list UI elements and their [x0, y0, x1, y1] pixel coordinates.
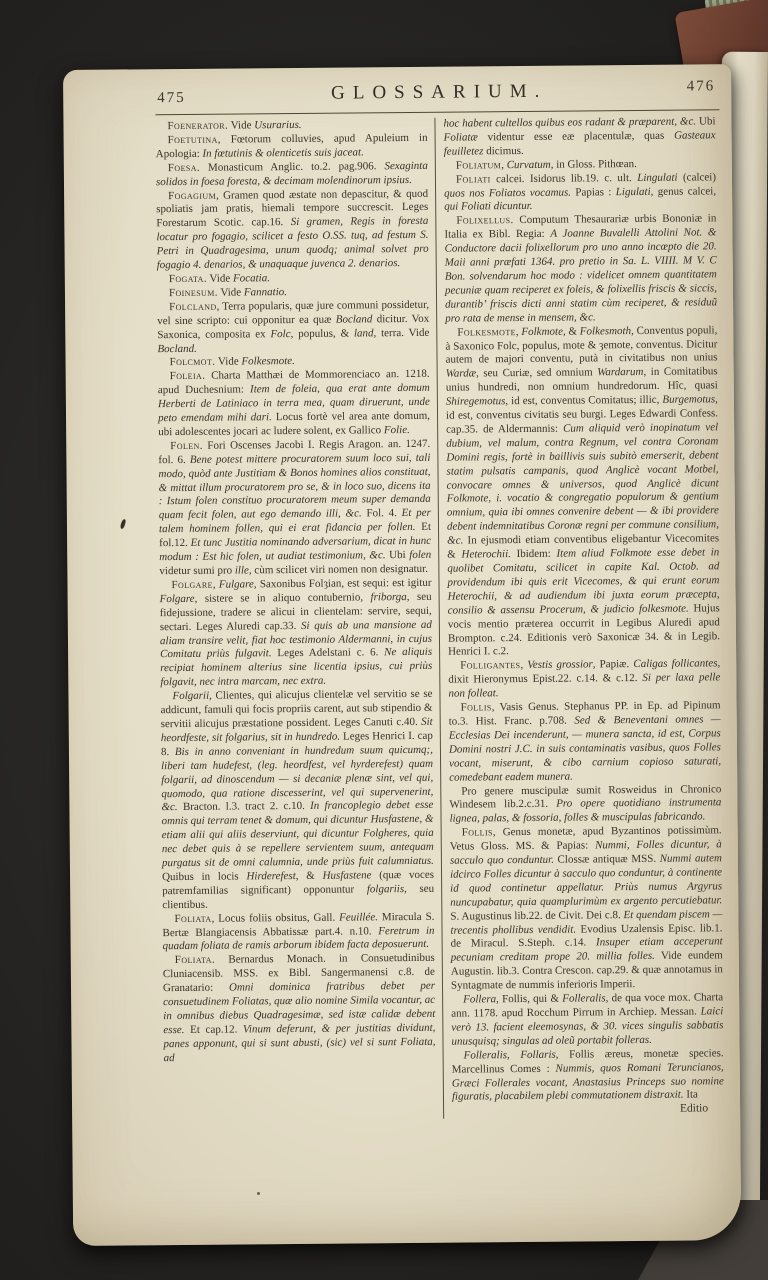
text-segment: folgariis — [367, 883, 404, 895]
page-number-right: 476 — [687, 78, 716, 95]
text-segment: videntur esse eæ placentulæ, quas — [478, 130, 674, 144]
entry-paragraph: Follera, Follis, qui & Folleralis, de qu… — [451, 991, 723, 1049]
text-segment: , genus calcei, — [651, 185, 717, 198]
page-header: 475 GLOSSARIUM. 476 — [155, 78, 723, 113]
text-columns: Foenerator. Vide Usurarius.Foetutina, Fœ… — [155, 115, 732, 1121]
text-segment: calcei. Isidorus lib.19. c. ult. — [491, 172, 638, 185]
text-segment: Foleia. — [170, 370, 206, 382]
page-content: 475 GLOSSARIUM. 476 Foenerator. Vide Usu… — [63, 64, 741, 1246]
text-segment: Folleralis, Follaris — [464, 1048, 556, 1061]
text-segment: Folen. — [170, 440, 203, 452]
text-segment: Clossæ antiquæ MSS. — [554, 853, 660, 866]
text-segment: qui Foliati dicuntur. — [444, 200, 532, 213]
text-segment: Leges Adelstani c. 6. — [272, 647, 385, 660]
text-segment: Folcland — [169, 300, 217, 312]
text-segment: , in Gloss. Pithœan. — [551, 158, 637, 171]
entry-paragraph: Follis, Vasis Genus. Stephanus PP. in Ep… — [449, 699, 722, 785]
text-segment: Vide — [218, 286, 244, 298]
text-segment: Vestis grossior — [527, 659, 593, 672]
text-segment: Quibus in locis — [162, 870, 247, 883]
text-segment: Focatia. — [233, 272, 270, 284]
text-segment: Follis — [462, 826, 493, 838]
entry-paragraph: Folleralis, Follaris, Follis æreus, mone… — [452, 1047, 724, 1105]
text-segment: S. Augustinus lib.22. de Civit. Dei c.8. — [450, 909, 623, 923]
text-segment: Et cap.12. — [184, 1023, 243, 1036]
text-segment: , & — [563, 325, 580, 337]
text-segment: Bracton. l.3. tract 2. c.10. — [178, 800, 311, 813]
page-number-left: 475 — [157, 90, 186, 107]
text-segment: Papias : — [571, 186, 616, 198]
entry-paragraph: Foleia. Charta Matthæi de Mommorenciaco … — [158, 368, 431, 440]
text-segment: Folcmot. — [170, 356, 216, 368]
text-segment: Lingulati — [637, 171, 677, 183]
text-segment: Ligulati — [616, 185, 651, 197]
entry-paragraph: hoc habent cultellos quibus eos radant &… — [443, 115, 715, 159]
text-segment: Folkmote — [521, 325, 563, 337]
text-segment: Usurarius. — [254, 119, 301, 131]
text-segment: Foliata — [174, 912, 211, 924]
text-segment: Folc — [270, 328, 290, 340]
text-segment: Folkesmoth — [580, 325, 631, 337]
entry-paragraph: Folgare, Fulgare, Saxonibus Folȝian, est… — [159, 577, 432, 691]
text-segment: Monasticum Anglic. to.2. pag.906. — [200, 160, 385, 174]
entry-paragraph: Foliata, Locus foliis obsitus, Gall. Feu… — [162, 910, 434, 954]
text-segment: Ibidem: — [511, 548, 557, 560]
text-segment: Cum aliquid verò inopinatum vel dubium, … — [446, 421, 719, 547]
text-segment: Folkesmote. — [241, 355, 295, 367]
entry-paragraph: Foliati calcei. Isidorus lib.19. c. ult.… — [444, 171, 716, 215]
entry-paragraph: Foesa. Monasticum Anglic. to.2. pag.906.… — [156, 160, 428, 190]
text-segment: videtur sumi pro — [159, 565, 235, 578]
text-segment: Bocland. — [157, 342, 197, 354]
text-segment: , seu Curiæ, sed omnium — [476, 367, 597, 380]
text-segment: Follis — [461, 701, 492, 713]
book-page: 475 GLOSSARIUM. 476 Foenerator. Vide Usu… — [63, 64, 741, 1246]
text-column-right: hoc habent cultellos quibus eos radant &… — [435, 115, 724, 1119]
entry-paragraph: Fogagium, Gramen quod æstate non depasci… — [156, 187, 429, 273]
text-segment: ille — [235, 564, 249, 576]
entry-paragraph: Pro genere muscipulæ sumit Rosweidus in … — [449, 783, 721, 827]
entry-paragraph: Foetutina, Fœtorum colluvies, apud Apule… — [156, 132, 428, 162]
text-segment: (calcei) — [678, 171, 717, 183]
entry-paragraph: Folen. Fori Oscenses Jacobi I. Regis Ara… — [158, 438, 431, 579]
text-segment: Foliata. — [175, 954, 215, 966]
text-segment: Fulgare — [219, 578, 254, 590]
entry-paragraph: Folkesmote, Folkmote, & Folkesmoth, Conv… — [445, 324, 720, 660]
text-segment: , id est, conventus Comitatus; illic, — [505, 394, 662, 407]
text-segment: In fœtutinis & olenticetis suis jaceat. — [202, 146, 363, 159]
text-segment: Shiregemotus — [446, 395, 506, 408]
text-segment: Foetutina — [168, 134, 218, 146]
text-segment: , sistere se in aliquo contubernio, — [195, 591, 371, 605]
text-segment: Burgemotus — [662, 393, 715, 405]
text-segment: Bocland — [336, 313, 373, 325]
text-segment: , Follis, qui & — [496, 993, 562, 1006]
entry-paragraph: Folixellus. Computum Thesaurariæ urbis B… — [444, 213, 717, 327]
entry-paragraph: Folcland, Terra popularis, quæ jure comm… — [157, 299, 429, 357]
catchword: Editio — [452, 1103, 724, 1119]
text-segment: , & — [296, 870, 323, 882]
entry-paragraph: Folgarii, Clientes, qui alicujus cliente… — [160, 688, 434, 913]
text-segment: Foesa. — [168, 162, 200, 174]
text-segment: Caligas follicantes — [633, 658, 717, 671]
text-segment: Heterochii. — [461, 548, 510, 560]
text-segment: Folgare — [160, 593, 195, 605]
text-segment: Fol. 4. — [362, 507, 402, 519]
text-segment: Folgare — [171, 579, 212, 591]
text-segment: Curvatum — [507, 158, 551, 170]
text-segment: Vide — [207, 272, 233, 284]
text-segment: Follera — [463, 993, 496, 1005]
text-segment: Fogagium — [168, 189, 216, 201]
text-segment: Foenerator. — [167, 120, 228, 133]
text-segment: Wardæ — [446, 368, 476, 380]
text-segment: folen — [409, 549, 431, 561]
text-segment: friborga — [370, 591, 406, 603]
text-segment: Wardarum — [597, 366, 643, 378]
text-column-left: Foenerator. Vide Usurarius.Foetutina, Fœ… — [155, 118, 444, 1122]
text-segment: Foliatæ — [444, 131, 478, 143]
text-segment: Fogata. — [169, 273, 207, 285]
text-segment: , cùm scilicet viri nomen non designatur… — [249, 563, 428, 577]
text-segment: Folkesmote — [457, 326, 516, 339]
text-segment: Vide — [215, 356, 241, 368]
entry-paragraph: Foliata. Bernardus Monach. in Consuetudi… — [163, 952, 436, 1066]
text-segment: A Joanne Buvalelli Attolini Not. & Condu… — [445, 227, 718, 325]
text-segment: hoc habent cultellos quibus eos radant &… — [443, 115, 696, 129]
paper-speck — [257, 1192, 260, 1195]
text-segment: Feuillée. — [339, 911, 378, 923]
text-segment: dicimus. — [483, 145, 523, 157]
text-segment: Hirderefest — [246, 870, 295, 882]
text-segment: Folligantes — [460, 659, 520, 672]
book-photo: 475 GLOSSARIUM. 476 Foenerator. Vide Usu… — [0, 0, 768, 1280]
text-segment: Ita — [684, 1089, 698, 1101]
text-segment: , Locus foliis obsitus, Gall. — [212, 911, 340, 924]
text-segment: Fannatio. — [244, 286, 287, 298]
text-segment: Folgarii — [172, 690, 209, 702]
text-segment: Folixellus. — [456, 214, 513, 226]
text-segment: Ubi — [386, 549, 410, 561]
text-segment: Vide — [228, 119, 254, 131]
entry-paragraph: Follis, Genus monetæ, apud Byzantinos po… — [450, 825, 723, 994]
text-segment: , terra. Vide — [373, 326, 429, 338]
text-segment: Foliati — [456, 173, 491, 185]
text-segment: , Papiæ. — [593, 658, 634, 670]
entry-paragraph: Folligantes, Vestis grossior, Papiæ. Cal… — [448, 658, 720, 702]
text-segment: Folie. — [384, 424, 410, 436]
text-segment: land — [354, 327, 374, 339]
text-segment: , populus, & — [291, 327, 354, 340]
text-segment: Foinesum. — [169, 287, 218, 299]
text-segment: Foliatum — [456, 159, 501, 171]
page-title: GLOSSARIUM. — [331, 81, 547, 105]
text-segment: Folleralis — [562, 992, 605, 1004]
text-segment: Husfastene — [323, 869, 372, 881]
text-segment: quos nos Foliatos vocamus. — [444, 186, 571, 199]
text-segment: , Saxonibus Folȝian, est sequi: est igit… — [254, 577, 432, 591]
text-segment: Ubi — [696, 115, 716, 127]
